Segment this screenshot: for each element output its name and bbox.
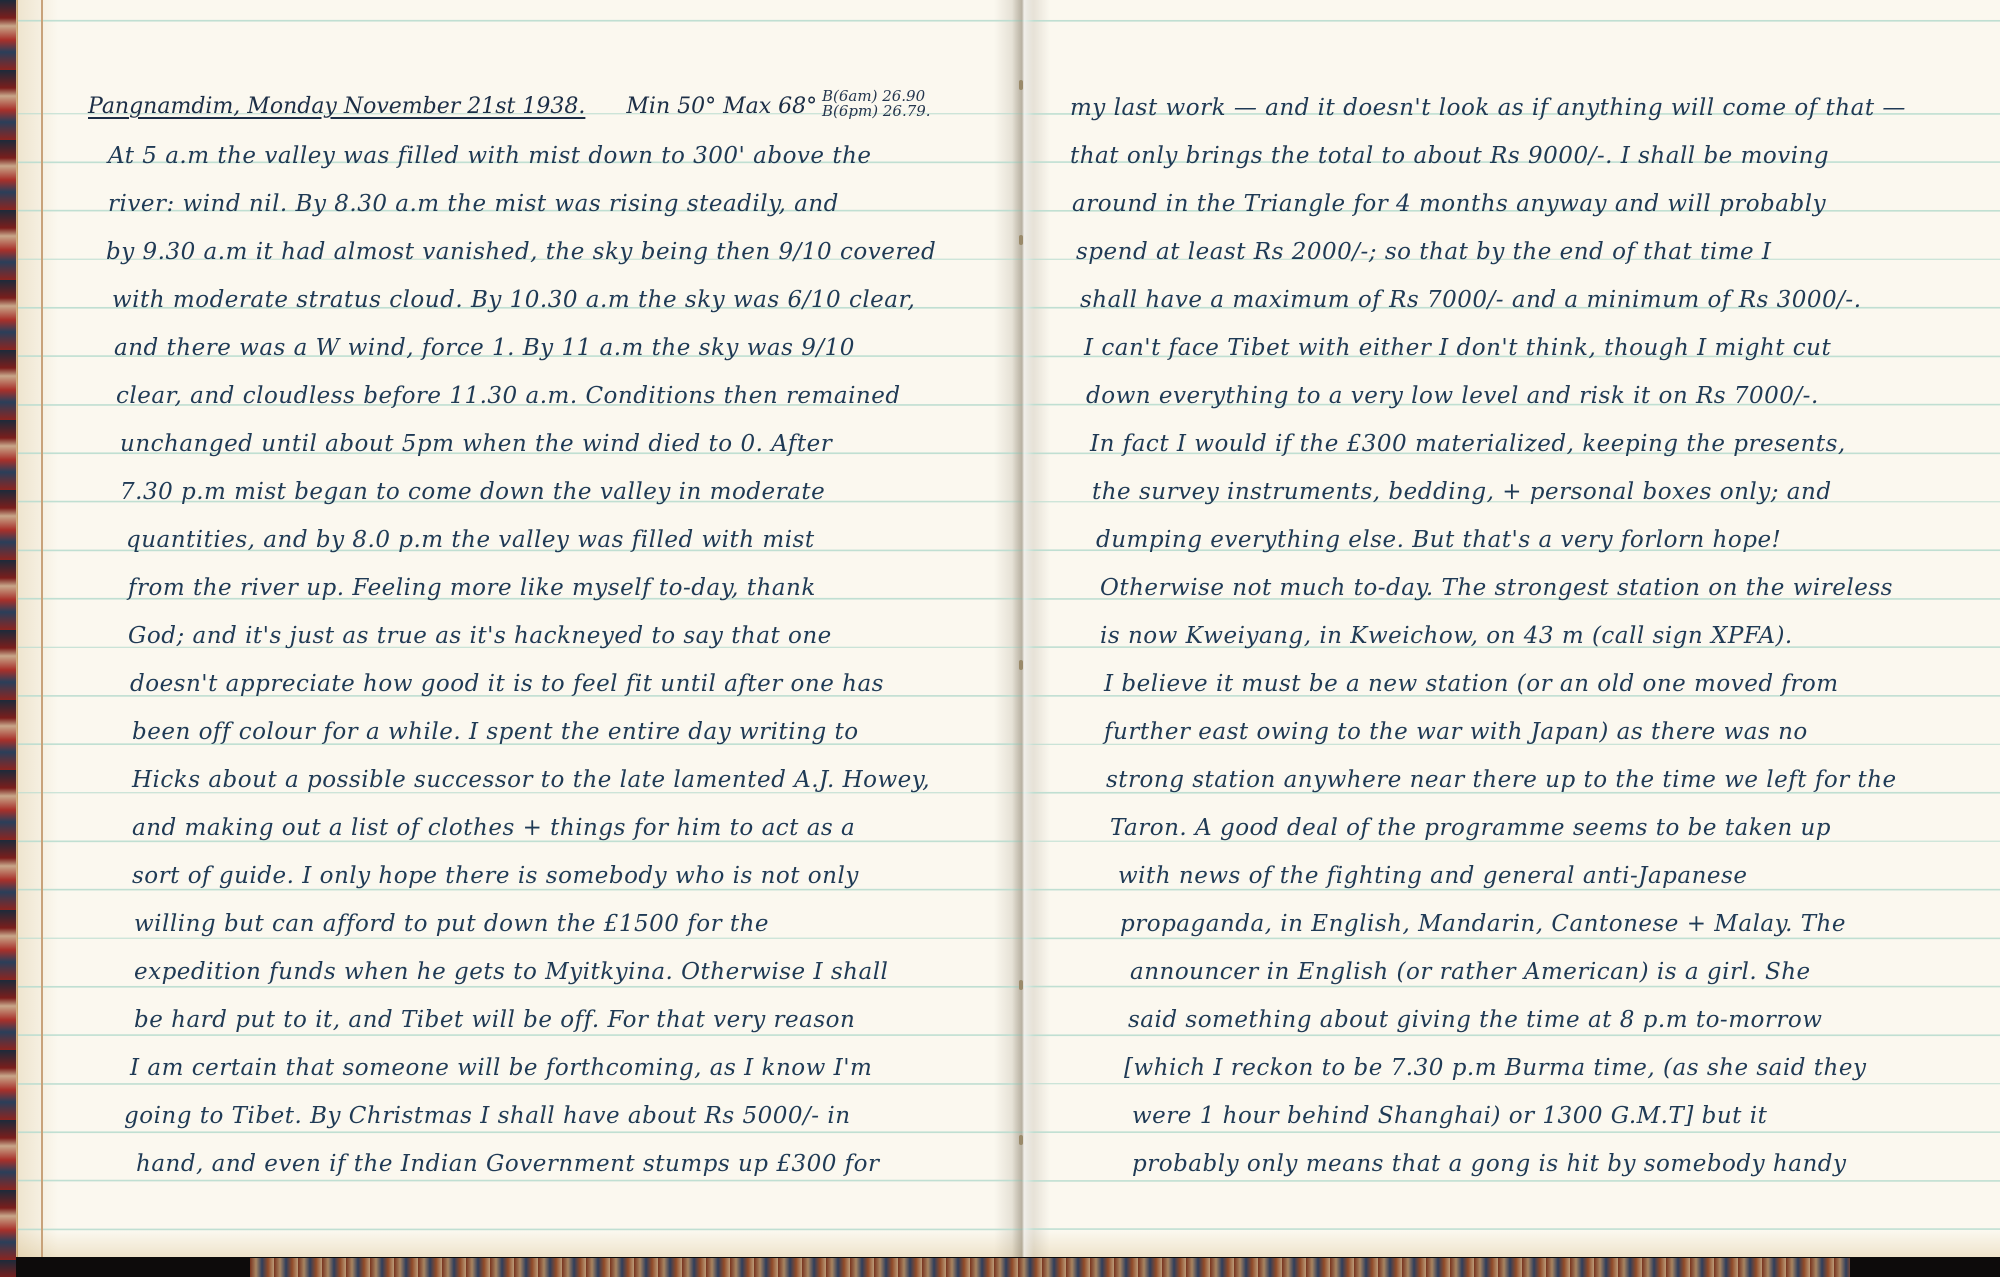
text-line: At 5 a.m the valley was filled with mist…	[108, 143, 872, 169]
temperature-range: Min 50° Max 68°	[626, 94, 817, 119]
text-line: propaganda, in English, Mandarin, Canton…	[1120, 911, 1846, 937]
text-line: Hicks about a possible successor to the …	[132, 767, 930, 793]
text-line: I can't face Tibet with either I don't t…	[1084, 335, 1831, 361]
barometer-readings: B(6am) 26.90 B(6pm) 26.79.	[822, 89, 931, 119]
text-line: and making out a list of clothes + thing…	[132, 815, 855, 841]
text-line: Otherwise not much to-day. The strongest…	[1100, 575, 1893, 601]
text-line: around in the Triangle for 4 months anyw…	[1072, 191, 1826, 217]
entry-place-date: Pangnamdim, Monday November 21st 1938.	[88, 94, 585, 119]
text-line: shall have a maximum of Rs 7000/- and a …	[1080, 287, 1862, 313]
text-line: from the river up. Feeling more like mys…	[128, 575, 816, 601]
text-line: quantities, and by 8.0 p.m the valley wa…	[126, 527, 815, 553]
text-line: unchanged until about 5pm when the wind …	[120, 431, 832, 457]
text-line: willing but can afford to put down the £…	[134, 911, 769, 937]
book-gutter	[1012, 0, 1034, 1257]
binding-stitch	[1019, 235, 1023, 245]
text-line: going to Tibet. By Christmas I shall hav…	[124, 1103, 851, 1129]
barometer-6pm: B(6pm) 26.79.	[822, 104, 931, 119]
text-line: my last work — and it doesn't look as if…	[1070, 95, 1906, 121]
text-line: been off colour for a while. I spent the…	[132, 719, 859, 745]
text-line: with news of the fighting and general an…	[1118, 863, 1747, 889]
text-line: clear, and cloudless before 11.30 a.m. C…	[116, 383, 901, 409]
text-line: by 9.30 a.m it had almost vanished, the …	[106, 239, 936, 265]
text-line: said something about giving the time at …	[1128, 1007, 1822, 1033]
binding-stitch	[1019, 660, 1023, 670]
text-line: doesn't appreciate how good it is to fee…	[130, 671, 884, 697]
text-line: and there was a W wind, force 1. By 11 a…	[114, 335, 855, 361]
text-line: probably only means that a gong is hit b…	[1132, 1151, 1846, 1177]
text-line: expedition funds when he gets to Myitkyi…	[134, 959, 888, 985]
text-line: I believe it must be a new station (or a…	[1104, 671, 1839, 697]
marbled-cover-bottom	[250, 1258, 1850, 1277]
text-line: dumping everything else. But that's a ve…	[1096, 527, 1781, 553]
text-line: is now Kweiyang, in Kweichow, on 43 m (c…	[1100, 623, 1793, 649]
text-line: be hard put to it, and Tibet will be off…	[134, 1007, 855, 1033]
text-line: sort of guide. I only hope there is some…	[132, 863, 859, 889]
text-line: [which I reckon to be 7.30 p.m Burma tim…	[1124, 1055, 1866, 1081]
entry-heading: Pangnamdim, Monday November 21st 1938. M…	[88, 94, 817, 119]
text-line: announcer in English (or rather American…	[1130, 959, 1811, 985]
binding-stitch	[1019, 80, 1023, 90]
marbled-book-edge	[0, 0, 16, 1277]
text-line: In fact I would if the £300 materialized…	[1090, 431, 1846, 457]
text-line: spend at least Rs 2000/-; so that by the…	[1076, 239, 1772, 265]
text-line: further east owing to the war with Japan…	[1104, 719, 1808, 745]
text-line: were 1 hour behind Shanghai) or 1300 G.M…	[1132, 1103, 1767, 1129]
text-line: 7.30 p.m mist began to come down the val…	[120, 479, 825, 505]
binding-stitch	[1019, 1135, 1023, 1145]
text-line: down everything to a very low level and …	[1086, 383, 1819, 409]
text-line: the survey instruments, bedding, + perso…	[1092, 479, 1832, 505]
binding-stitch	[1019, 980, 1023, 990]
text-line: river: wind nil. By 8.30 a.m the mist wa…	[108, 191, 839, 217]
text-line: I am certain that someone will be forthc…	[130, 1055, 872, 1081]
text-line: hand, and even if the Indian Government …	[136, 1151, 880, 1177]
text-line: God; and it's just as true as it's hackn…	[128, 623, 832, 649]
text-line: strong station anywhere near there up to…	[1106, 767, 1897, 793]
text-line: Taron. A good deal of the programme seem…	[1110, 815, 1831, 841]
text-line: with moderate stratus cloud. By 10.30 a.…	[112, 287, 915, 313]
text-line: that only brings the total to about Rs 9…	[1070, 143, 1829, 169]
